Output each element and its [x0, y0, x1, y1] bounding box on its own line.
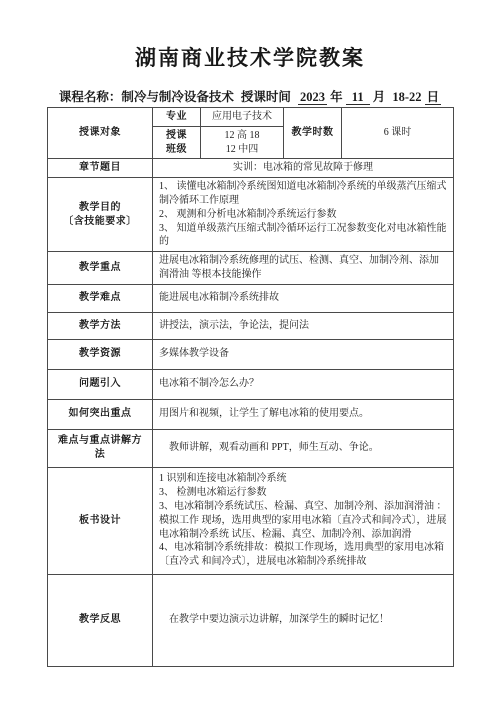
course-info-line: 课程名称：制冷与制冷设备技术授课时间 2023 年 11 月 18-22 日 — [0, 87, 500, 105]
question-intro-content: 电冰箱不制冷怎么办？ — [153, 369, 454, 399]
table-row: 授课对象 专业 应用电子技术 教学时数 6 课时 — [48, 108, 454, 127]
hours-value: 6 课时 — [342, 108, 454, 159]
table-row: 难点与重点讲解方法 教师讲解，观看动画和 PPT，师生互动、争论。 — [48, 429, 454, 467]
objective-content: 1、 读懂电冰箱制冷系统图知道电冰箱制冷系统的单级蒸汽压缩式制冷循环工作原理 2… — [153, 178, 454, 252]
table-row: 教学难点 能进展电冰箱制冷系统排故 — [48, 284, 454, 312]
class-month-value: 11 — [346, 90, 370, 105]
table-row: 教学方法 讲授法，演示法，争论法，提问法 — [48, 312, 454, 339]
board-design-label: 板书设计 — [48, 467, 153, 574]
key-points-label: 教学重点 — [48, 252, 153, 285]
table-row: 板书设计 1 识别和连接电冰箱制冷系统 3、 检测电冰箱运行参数 3、电冰箱制冷… — [48, 467, 454, 574]
difficulty-label: 教学难点 — [48, 284, 153, 312]
reflection-label: 教学反思 — [48, 574, 153, 666]
class-day-value: 18-22 — [392, 90, 421, 104]
objective-label: 教学目的 〔含技能要求〕 — [48, 178, 153, 252]
explain-method-label: 难点与重点讲解方法 — [48, 429, 153, 467]
table-row: 如何突出重点 用图片和视频，让学生了解电冰箱的使用要点。 — [48, 399, 454, 429]
methods-label: 教学方法 — [48, 312, 153, 339]
month-unit: 月 — [373, 90, 386, 104]
lesson-plan-table: 授课对象 专业 应用电子技术 教学时数 6 课时 授课 班级 12 高 18 1… — [47, 107, 454, 667]
major-value: 应用电子技术 — [201, 108, 284, 127]
chapter-content: 实训：电冰箱的常见故障于修理 — [153, 159, 454, 178]
lesson-plan-page: 湖南商业技术学院教案 课程名称：制冷与制冷设备技术授课时间 2023 年 11 … — [0, 0, 500, 707]
hours-label: 教学时数 — [284, 108, 342, 159]
question-intro-label: 问题引入 — [48, 369, 153, 399]
key-points-content: 进展电冰箱制冷系统修理的试压、检测、真空、加制冷剂、添加润滑油 等根本技能操作 — [153, 252, 454, 285]
board-design-line-3: 3、电冰箱制冷系统试压、检漏、真空、加制冷剂、添加润滑油 ：模拟工作 现场，选用… — [159, 500, 447, 541]
page-title: 湖南商业技术学院教案 — [0, 0, 500, 72]
class-value: 12 高 18 12 中四 — [201, 126, 284, 159]
table-row: 教学资源 多媒体教学设备 — [48, 339, 454, 369]
objective-label-line2: 〔含技能要求〕 — [54, 215, 146, 229]
year-unit: 年 — [330, 90, 343, 104]
course-name-label: 课程名称： — [59, 90, 122, 104]
class-label: 授课 班级 — [153, 126, 201, 159]
table-row: 教学重点 进展电冰箱制冷系统修理的试压、检测、真空、加制冷剂、添加润滑油 等根本… — [48, 252, 454, 285]
course-name-value: 制冷与制冷设备技术 — [121, 90, 234, 104]
audience-label: 授课对象 — [48, 108, 153, 159]
class-year-value: 2023 — [298, 90, 327, 105]
table-row: 问题引入 电冰箱不制冷怎么办？ — [48, 369, 454, 399]
highlight-method-label: 如何突出重点 — [48, 399, 153, 429]
objective-line-2: 2、 观测和分析电冰箱制冷系统运行参数 — [159, 208, 447, 222]
class-label-line2: 班级 — [159, 143, 194, 157]
board-design-content: 1 识别和连接电冰箱制冷系统 3、 检测电冰箱运行参数 3、电冰箱制冷系统试压、… — [153, 467, 454, 574]
class-label-line1: 授课 — [159, 129, 194, 143]
resources-label: 教学资源 — [48, 339, 153, 369]
reflection-content: 在教学中要边演示边讲解，加深学生的瞬时记忆！ — [153, 574, 454, 666]
table-row: 章节题目 实训：电冰箱的常见故障于修理 — [48, 159, 454, 178]
resources-content: 多媒体教学设备 — [153, 339, 454, 369]
board-design-line-2: 3、 检测电冰箱运行参数 — [159, 486, 447, 500]
difficulty-content: 能进展电冰箱制冷系统排故 — [153, 284, 454, 312]
day-unit: 日 — [425, 90, 442, 105]
class-value-line2: 12 中四 — [207, 143, 277, 157]
board-design-line-1: 1 识别和连接电冰箱制冷系统 — [159, 472, 447, 486]
objective-line-3: 3、 知道单级蒸汽压缩式制冷循环运行工况参数变化对电冰箱性能的 — [159, 222, 447, 250]
methods-content: 讲授法，演示法，争论法，提问法 — [153, 312, 454, 339]
board-design-line-4: 4、电冰箱制冷系统排故：模拟工作现场，选用典型的家用电冰箱〔直冷式 和间冷式〕，… — [159, 541, 447, 569]
major-label: 专业 — [153, 108, 201, 127]
table-row: 教学反思 在教学中要边演示边讲解，加深学生的瞬时记忆！ — [48, 574, 454, 666]
table-row: 教学目的 〔含技能要求〕 1、 读懂电冰箱制冷系统图知道电冰箱制冷系统的单级蒸汽… — [48, 178, 454, 252]
explain-method-content: 教师讲解，观看动画和 PPT，师生互动、争论。 — [153, 429, 454, 467]
class-time-label: 授课时间 — [241, 90, 291, 104]
highlight-method-content: 用图片和视频，让学生了解电冰箱的使用要点。 — [153, 399, 454, 429]
objective-line-1: 1、 读懂电冰箱制冷系统图知道电冰箱制冷系统的单级蒸汽压缩式制冷循环工作原理 — [159, 180, 447, 208]
class-value-line1: 12 高 18 — [207, 129, 277, 143]
chapter-label: 章节题目 — [48, 159, 153, 178]
objective-label-line1: 教学目的 — [54, 201, 146, 215]
